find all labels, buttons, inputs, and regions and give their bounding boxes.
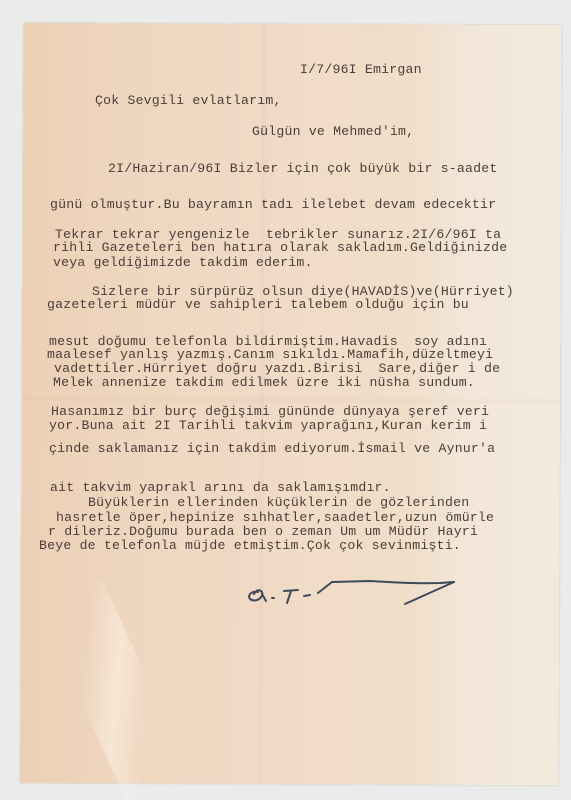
handwritten-signature <box>240 570 480 610</box>
paragraph-3-line-6: Melek annenize takdim edilmek üzre iki n… <box>53 376 475 390</box>
paragraph-3-line-2: gazeteleri müdür ve sahipleri talebem ol… <box>47 298 469 312</box>
paragraph-5-line-4: Beye de telefonla müjde etmiştim.Çok çok… <box>39 539 461 553</box>
paragraph-1-line-2: günü olmuştur.Bu bayramın tadı ilelebet … <box>50 198 496 212</box>
scanned-letter-page: I/7/96I Emirgan Çok Sevgili evlatlarım, … <box>0 0 571 800</box>
letter-addressee: Gülgün ve Mehmed'im, <box>252 125 414 139</box>
paragraph-4-line-2: yor.Buna ait 2I Tarihli takvim yaprağını… <box>49 419 487 433</box>
signature-icon <box>240 570 480 610</box>
letter-salutation: Çok Sevgili evlatlarım, <box>95 94 282 108</box>
paragraph-3-line-5: vadettiler.Hürriyet doğru yazdı.Birisi S… <box>54 362 500 376</box>
paragraph-4-line-4: ait takvim yaprakl arını da saklamışımdı… <box>50 481 391 495</box>
paragraph-1-line-1: 2I/Haziran/96I Bizler için çok büyük bir… <box>108 162 497 176</box>
paragraph-5-line-2: hasretle öper,hepinize sıhhatler,saadetl… <box>56 511 494 525</box>
paragraph-5-line-1: Büyüklerin ellerinden küçüklerin de gözl… <box>88 496 469 510</box>
paragraph-3-line-4: maalesef yanlış yazmış.Canım sıkıldı.Mam… <box>47 348 493 362</box>
paragraph-2-line-3: veya geldiğimizde takdim ederim. <box>53 256 313 270</box>
letter-text: I/7/96I Emirgan Çok Sevgili evlatlarım, … <box>0 0 571 800</box>
letter-date-place: I/7/96I Emirgan <box>300 63 422 77</box>
paragraph-4-line-3: çinde saklamanız için takdim ediyorum.İs… <box>49 442 495 456</box>
paragraph-2-line-2: rihli Gazeteleri ben hatıra olarak sakla… <box>53 241 507 255</box>
paragraph-5-line-3: r dileriz.Doğumu burada ben o zeman Um u… <box>48 525 478 539</box>
paragraph-4-line-1: Hasanımız bir burç değişimi gününde düny… <box>51 405 489 419</box>
